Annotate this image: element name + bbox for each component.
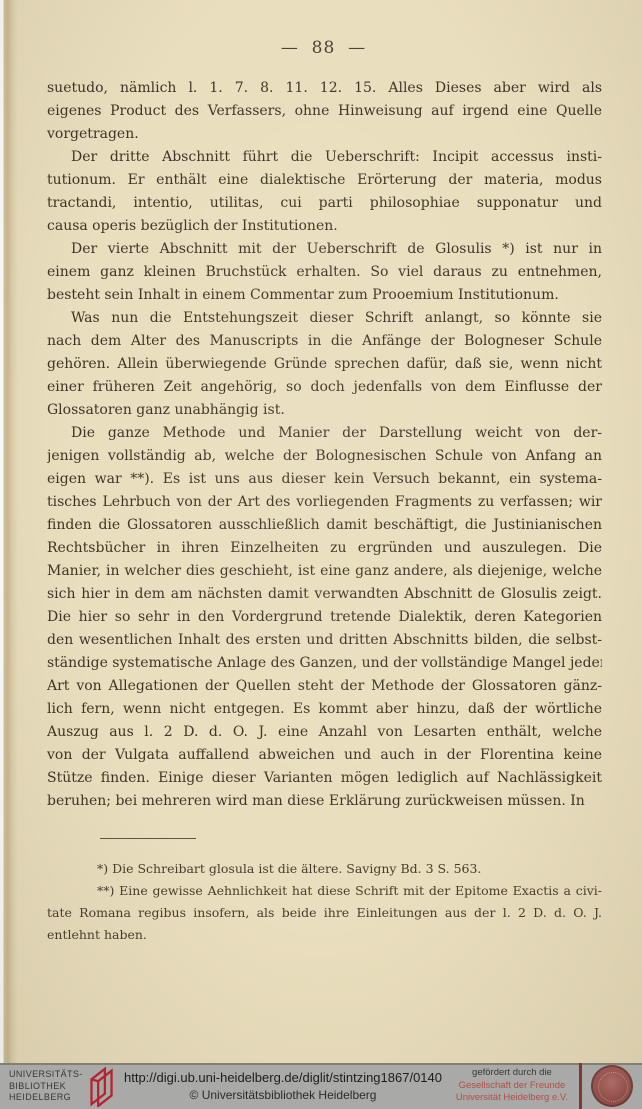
body-text-line: jenigen vollständig ab, welche der Bolog… (47, 445, 602, 468)
body-text-line: Art von Allegationen der Quellen steht d… (47, 675, 602, 698)
document-reference: http://digi.ub.uni-heidelberg.de/diglit/… (122, 1070, 444, 1102)
body-text-line: den wesentlichen Inhalt des ersten und d… (47, 629, 602, 652)
body-text-line: Auszug aus l. 2 D. d. O. J. eine Anzahl … (47, 721, 602, 744)
library-name-line: UNIVERSITÄTS- (9, 1069, 83, 1081)
funding-line: Universität Heidelberg e.V. (456, 1092, 568, 1105)
body-text-line: besteht sein Inhalt in einem Commentar z… (47, 284, 602, 307)
footnote-line: *) Die Schreibart glosula ist die ältere… (47, 858, 602, 880)
library-name: UNIVERSITÄTS- BIBLIOTHEK HEIDELBERG (9, 1069, 83, 1104)
body-text-line: Glossatoren ganz unabhängig ist. (47, 399, 602, 422)
page-body-text: suetudo, nämlich l. 1. 7. 8. 11. 12. 15.… (47, 77, 602, 813)
body-text-line: tisches Lehrbuch von der Art des vorlieg… (47, 491, 602, 514)
body-text-line: Stütze finden. Einige dieser Varianten m… (47, 767, 602, 790)
body-text-line: Was nun die Entstehungszeit dieser Schri… (47, 307, 602, 330)
footnote-line: tate Romana regibus insofern, als beide … (47, 902, 602, 924)
footer-bar: UNIVERSITÄTS- BIBLIOTHEK HEIDELBERG http… (0, 1063, 642, 1109)
page-number: — 88 — (45, 38, 602, 58)
body-text-line: causa operis bezüglich der Institutionen… (47, 215, 602, 238)
ub-heidelberg-logo-icon (84, 1065, 120, 1107)
body-text-line: tutionum. Er enthält eine dialektische E… (47, 169, 602, 192)
body-text-line: sich hier in dem am nächsten damit verwa… (47, 583, 602, 606)
footnotes: *) Die Schreibart glosula ist die ältere… (47, 858, 602, 946)
funding-credit: gefördert durch die Gesellschaft der Fre… (456, 1067, 568, 1105)
copyright-text: © Universitätsbibliothek Heidelberg (122, 1088, 444, 1102)
body-text-line: nach dem Alter des Manuscripts in die An… (47, 330, 602, 353)
university-seal-icon (591, 1065, 633, 1107)
body-text-line: tractandi, intentio, utilitas, cui parti… (47, 192, 602, 215)
body-text-line: Manier, in welcher dies geschieht, ist e… (47, 560, 602, 583)
footnote-separator (100, 838, 196, 839)
page-edge-shadow (0, 0, 18, 1063)
scanned-page: — 88 — suetudo, nämlich l. 1. 7. 8. 11. … (0, 0, 642, 1109)
footnote-line: entlehnt haben. (47, 924, 602, 946)
body-text-line: Die hier so sehr in den Vordergrund tret… (47, 606, 602, 629)
body-text-line: eigen war **). Es ist uns aus dieser kei… (47, 468, 602, 491)
body-text-line: einer früheren Zeit angehörig, so doch j… (47, 376, 602, 399)
funding-line: Gesellschaft der Freunde (456, 1080, 568, 1093)
body-text-line: Der dritte Abschnitt führt die Ueberschr… (47, 146, 602, 169)
body-text-line: ständige systematische Anlage des Ganzen… (47, 652, 602, 675)
body-text-line: eigenes Product des Verfassers, ohne Hin… (47, 100, 602, 123)
body-text-line: Die ganze Methode und Manier der Darstel… (47, 422, 602, 445)
footnote-line: **) Eine gewisse Aehnlichkeit hat diese … (47, 880, 602, 902)
body-text-line: vorgetragen. (47, 123, 602, 146)
body-text-line: suetudo, nämlich l. 1. 7. 8. 11. 12. 15.… (47, 77, 602, 100)
document-url-link[interactable]: http://digi.ub.uni-heidelberg.de/diglit/… (122, 1070, 444, 1085)
body-text-line: einem ganz kleinen Bruchstück erhalten. … (47, 261, 602, 284)
body-text-line: beruhen; bei mehreren wird man diese Erk… (47, 790, 602, 813)
body-text-line: lich fern, wenn nicht entgegen. Es kommt… (47, 698, 602, 721)
footer-divider (579, 1063, 582, 1109)
body-text-line: von der Vulgata auffallend abweichen und… (47, 744, 602, 767)
library-name-line: BIBLIOTHEK (9, 1081, 83, 1093)
body-text-line: Der vierte Abschnitt mit der Ueberschrif… (47, 238, 602, 261)
body-text-line: gehören. Allein überwiegende Gründe spre… (47, 353, 602, 376)
library-name-line: HEIDELBERG (9, 1092, 83, 1104)
body-text-line: Rechtsbücher in ihren Einzelheiten zu er… (47, 537, 602, 560)
funding-line: gefördert durch die (456, 1067, 568, 1080)
body-text-line: finden die Glossatoren ausschließlich da… (47, 514, 602, 537)
